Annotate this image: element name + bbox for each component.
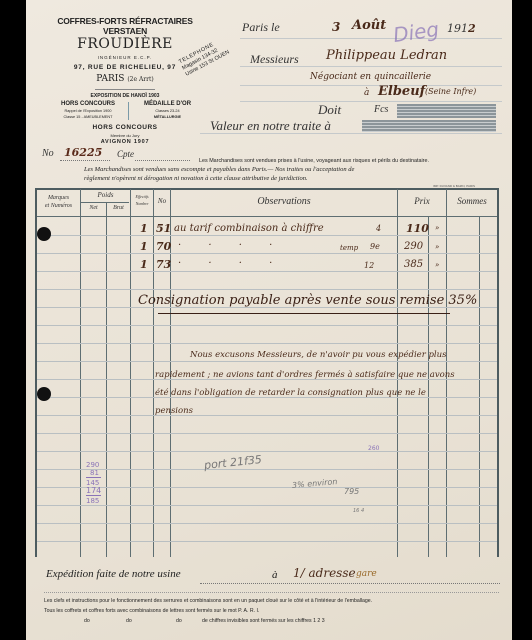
table-right-border (497, 188, 499, 557)
row3-desc: · · · · (178, 258, 284, 269)
row2-price: 290 (404, 241, 423, 252)
row-rule (37, 343, 497, 344)
pencil-percent: 3% environ (292, 477, 338, 490)
row-rule (37, 433, 497, 434)
header-brut: Brut (107, 205, 130, 211)
footer-ditto-1: do (84, 618, 90, 624)
poids-divider (81, 202, 129, 203)
row-rule (37, 469, 497, 470)
calc-5: 185 (86, 495, 101, 505)
footer-ditto-2: do (126, 618, 132, 624)
row3-price: 385 (404, 259, 423, 270)
row2-spec: 9e (370, 242, 380, 251)
row2-cents: » (435, 243, 439, 251)
table-left-border (35, 188, 37, 557)
col-divider (153, 189, 154, 557)
row-rule (37, 361, 497, 362)
letter-line-2: rapidement ; ne avions tant d'ordres fer… (155, 370, 455, 380)
letter-line-4: pensions (155, 406, 193, 416)
consignment-note: Consignation payable après vente sous re… (138, 293, 477, 308)
gare-label: gare (356, 569, 377, 579)
calc-2: 81 (86, 469, 101, 477)
calc-1: 290 (86, 461, 101, 469)
binder-hole (37, 387, 51, 401)
expedition-dotted-line (200, 583, 500, 584)
header-marques-line1: Marques (37, 194, 80, 202)
row-rule (37, 541, 497, 542)
expedition-label: Expédition faite de notre usine (46, 568, 181, 580)
a-label: à (272, 569, 278, 581)
footer-divider (44, 592, 499, 593)
binder-hole (37, 227, 51, 241)
row-rule (37, 505, 497, 506)
footer-note-1: Les clefs et instructions pour le foncti… (44, 598, 372, 604)
header-sommes: Sommes (447, 196, 497, 206)
row1-no: 51 (156, 222, 171, 235)
row2-qty: 1 (140, 240, 148, 253)
footer-note-3: de chiffres invisibles sont fermés sur l… (202, 618, 325, 624)
row3-cents: » (435, 261, 439, 269)
letter-line-3: été dans l'obligation de retarder la con… (155, 388, 426, 398)
row1-desc: au tarif combinaison à chiffre (174, 223, 324, 234)
col-divider (130, 189, 131, 557)
header-net: Net (81, 205, 106, 211)
row2-desc: · · · · (178, 240, 284, 251)
header-marques-line2: et Numéros (37, 202, 80, 210)
row-rule (37, 523, 497, 524)
row-rule (37, 451, 497, 452)
header-effectifs: Effectifs Nombre (131, 193, 153, 207)
row-rule (37, 325, 497, 326)
row1-cents: » (435, 224, 439, 232)
col-divider (80, 189, 81, 557)
table-top-border (36, 188, 498, 190)
row-rule (37, 487, 497, 488)
row1-spec: 4 (376, 224, 381, 233)
header-effectifs-line2: Nombre (131, 200, 153, 207)
footer-note-2: Tous les coffrets et coffres forts avec … (44, 608, 259, 614)
violet-calc: 290 81 145 174 185 (86, 461, 101, 505)
header-no: No (154, 197, 170, 205)
header-marques: Marques et Numéros (37, 194, 80, 210)
pencil-795: 795 (344, 487, 359, 496)
row-rule (37, 235, 497, 236)
row1-price: 110 (406, 222, 429, 235)
row3-qty: 1 (140, 258, 148, 271)
header-prix: Prix (398, 196, 446, 206)
row-rule (37, 271, 497, 272)
row-rule (37, 253, 497, 254)
header-observations: Observations (171, 196, 397, 207)
row3-no: 73 (156, 258, 171, 271)
footer-ditto-3: do (176, 618, 182, 624)
row1-qty: 1 (140, 222, 148, 235)
destination: 1/ adresse (293, 566, 356, 580)
consignment-underline (158, 313, 450, 314)
row2-no: 70 (156, 240, 171, 253)
row-rule (37, 289, 497, 290)
letter-line-1: Nous excusons Messieurs, de n'avoir pu v… (190, 350, 446, 360)
row3-spec: 12 (364, 261, 374, 270)
pencil-16: 16 4 (353, 508, 364, 514)
row2-note: temp (340, 244, 358, 252)
violet-260: 260 (368, 445, 379, 452)
row-rule (37, 415, 497, 416)
header-effectifs-line1: Effectifs (131, 193, 153, 200)
header-poids: Poids (81, 191, 130, 199)
invoice-table: Marques et Numéros Poids Net Brut Effect… (0, 0, 532, 640)
calc-4: 174 (86, 487, 101, 495)
